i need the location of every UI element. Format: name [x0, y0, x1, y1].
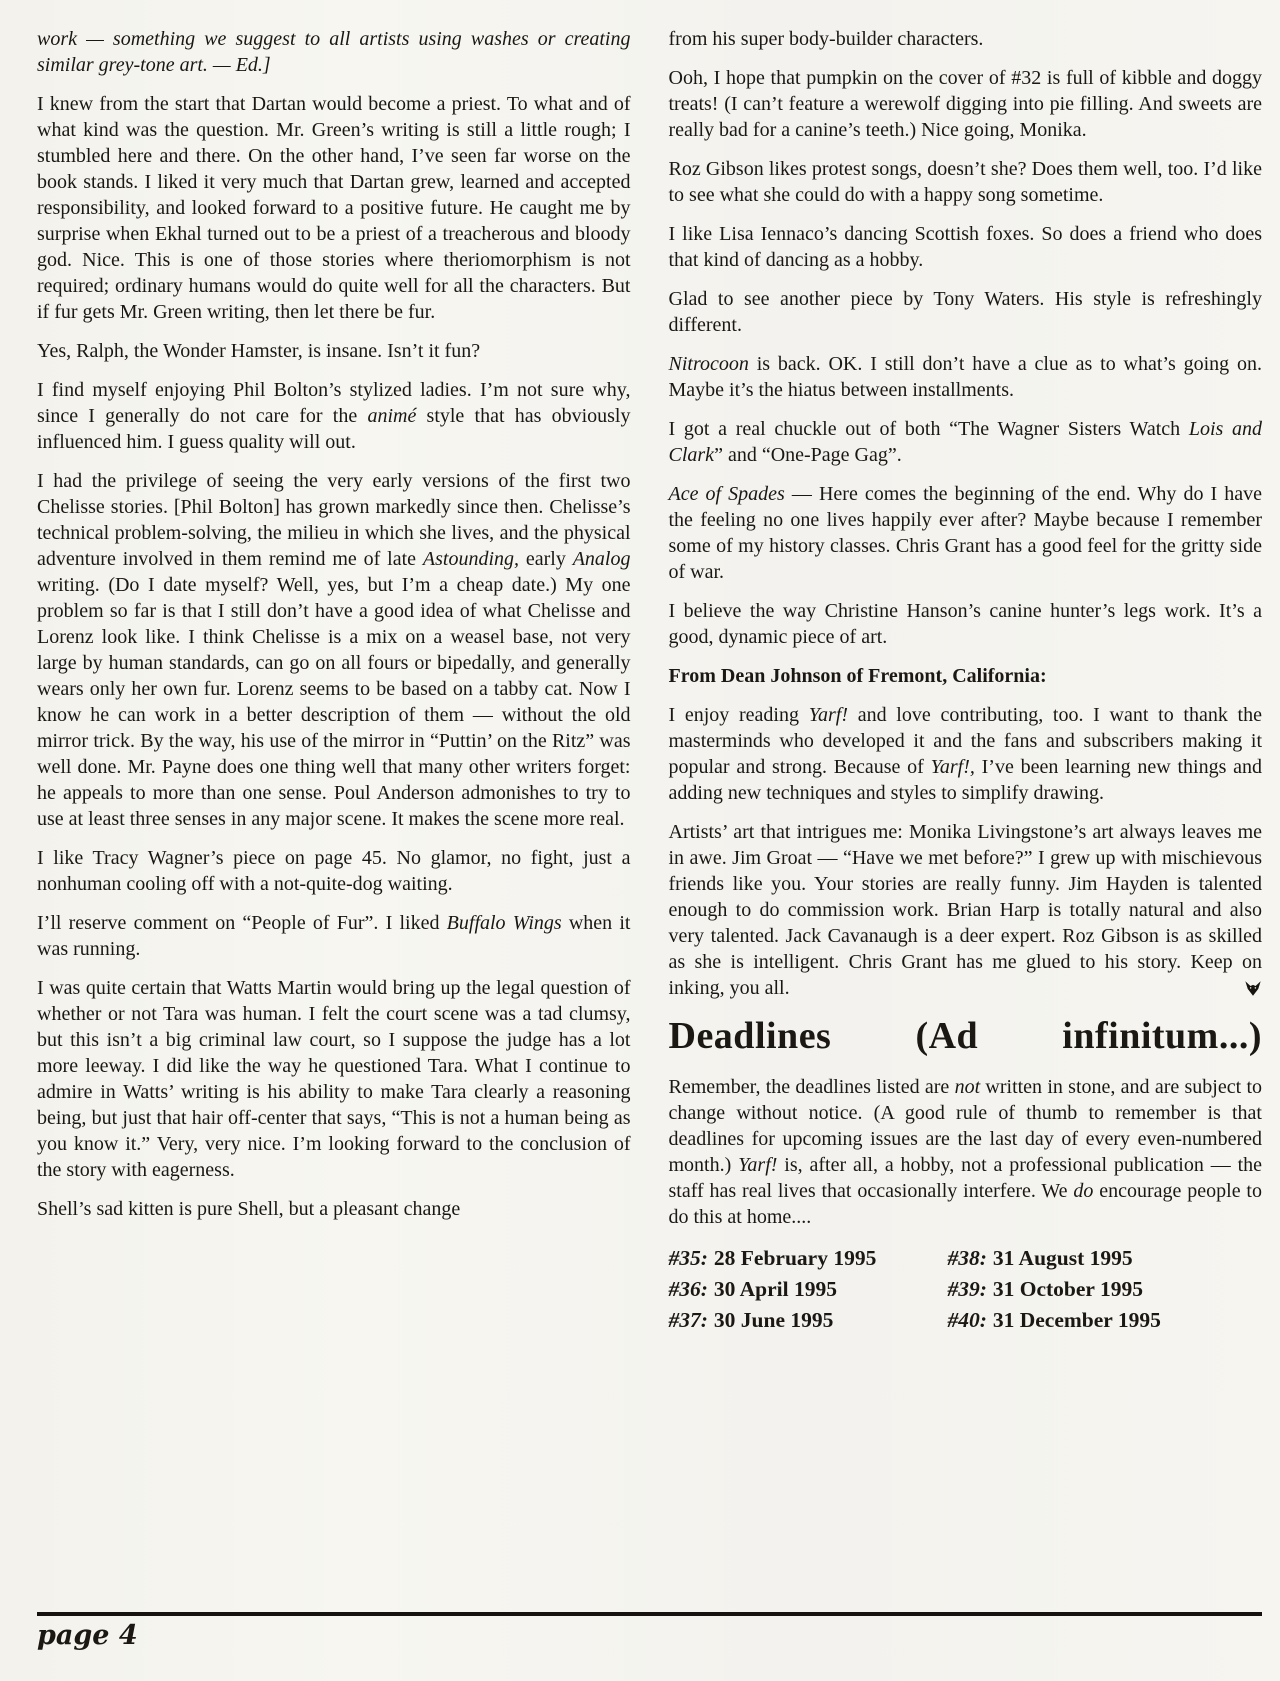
deadline-date: 30 June 1995	[714, 1308, 833, 1332]
text-run: Yes, Ralph, the Wonder Hamster, is insan…	[37, 340, 480, 362]
paragraph: Ooh, I hope that pumpkin on the cover of…	[669, 65, 1263, 143]
deadline-issue-number: #36:	[669, 1277, 714, 1301]
paragraph: I like Tracy Wagner’s piece on page 45. …	[37, 845, 631, 897]
deadline-item: #40:31 December 1995	[947, 1305, 1262, 1336]
deadline-item: #38:31 August 1995	[947, 1243, 1262, 1274]
text-run: I’ll reserve comment on “People of Fur”.…	[37, 912, 447, 934]
deadlines-section-title: Deadlines (Ad infinitum...)	[669, 1015, 1263, 1058]
paragraph: I like Lisa Iennaco’s dancing Scottish f…	[669, 221, 1263, 273]
fox-head-dingbat-icon	[1244, 980, 1262, 997]
deadlines-intro-paragraph: Remember, the deadlines listed are not w…	[669, 1074, 1263, 1230]
paragraph: I’ll reserve comment on “People of Fur”.…	[37, 910, 631, 962]
text-run: early	[519, 548, 573, 570]
text-run: I got a real chuckle out of both “The Wa…	[669, 418, 1189, 440]
deadline-issue-number: #40:	[947, 1308, 992, 1332]
paragraph: I got a real chuckle out of both “The Wa…	[669, 416, 1263, 468]
text-run: writing. (Do I date myself? Well, yes, b…	[37, 574, 631, 830]
paragraph: I believe the way Christine Hanson’s can…	[669, 598, 1263, 650]
paragraph: Roz Gibson likes protest songs, doesn’t …	[669, 156, 1263, 208]
paragraph: from his super body-builder characters.	[669, 26, 1263, 52]
deadline-issue-number: #39:	[947, 1277, 992, 1301]
text-run: Nitrocoon	[669, 353, 749, 375]
paragraph: Artists’ art that intrigues me: Monika L…	[669, 819, 1263, 1001]
paragraph: work — something we suggest to all artis…	[37, 26, 631, 78]
text-run: Glad to see another piece by Tony Waters…	[669, 288, 1263, 336]
paragraph: I knew from the start that Dartan would …	[37, 91, 631, 325]
deadline-item: #37:30 June 1995	[669, 1305, 948, 1336]
text-run: not	[955, 1076, 981, 1098]
paragraph: Shell’s sad kitten is pure Shell, but a …	[37, 1196, 631, 1222]
deadlines-list-column: #35:28 February 1995#36:30 April 1995#37…	[669, 1243, 948, 1336]
text-run: work — something we suggest to all artis…	[37, 28, 631, 76]
text-run: Remember, the deadlines listed are	[669, 1076, 955, 1098]
deadline-issue-number: #38:	[947, 1246, 992, 1270]
text-run: Yarf!	[738, 1154, 777, 1176]
text-run: Artists’ art that intrigues me: Monika L…	[669, 821, 1263, 999]
paragraph: I was quite certain that Watts Martin wo…	[37, 975, 631, 1183]
text-run: From Dean Johnson of Fremont, California…	[669, 665, 1047, 687]
text-run: Buffalo Wings	[447, 912, 562, 934]
scanned-fanzine-page: work — something we suggest to all artis…	[0, 0, 1280, 1681]
text-run: I like Tracy Wagner’s piece on page 45. …	[37, 847, 631, 895]
text-run: animé	[367, 405, 416, 427]
right-column: from his super body-builder characters.O…	[669, 26, 1263, 1336]
deadline-date: 30 April 1995	[714, 1277, 837, 1301]
letter-source-heading: From Dean Johnson of Fremont, California…	[669, 663, 1263, 689]
deadline-item: #36:30 April 1995	[669, 1274, 948, 1305]
deadline-date: 31 August 1995	[993, 1246, 1133, 1270]
page-footer: page 4	[37, 1612, 1262, 1651]
text-run: Yarf!	[809, 704, 848, 726]
text-run: I enjoy reading	[669, 704, 809, 726]
text-run: Shell’s sad kitten is pure Shell, but a …	[37, 1198, 460, 1220]
deadline-issue-number: #37:	[669, 1308, 714, 1332]
text-run: Ooh, I hope that pumpkin on the cover of…	[669, 67, 1263, 141]
text-run: is back. OK. I still don’t have a clue a…	[669, 353, 1263, 401]
footer-rule	[37, 1612, 1262, 1616]
paragraph: Ace of Spades — Here comes the beginning…	[669, 481, 1263, 585]
paragraph: I enjoy reading Yarf! and love contribut…	[669, 702, 1263, 806]
page-number: page 4	[37, 1620, 1262, 1651]
text-run: Astounding,	[423, 548, 519, 570]
paragraph: Glad to see another piece by Tony Waters…	[669, 286, 1263, 338]
deadline-date: 28 February 1995	[714, 1246, 876, 1270]
deadlines-list: #35:28 February 1995#36:30 April 1995#37…	[669, 1243, 1263, 1336]
paragraph: I had the privilege of seeing the very e…	[37, 468, 631, 832]
deadline-issue-number: #35:	[669, 1246, 714, 1270]
paragraph: I find myself enjoying Phil Bolton’s sty…	[37, 377, 631, 455]
text-run: Yarf!,	[931, 756, 975, 778]
text-run: I was quite certain that Watts Martin wo…	[37, 977, 631, 1181]
text-run: Analog	[573, 548, 631, 570]
text-run: I believe the way Christine Hanson’s can…	[669, 600, 1263, 648]
deadline-item: #39:31 October 1995	[947, 1274, 1262, 1305]
deadlines-list-column: #38:31 August 1995#39:31 October 1995#40…	[947, 1243, 1262, 1336]
text-run: I like Lisa Iennaco’s dancing Scottish f…	[669, 223, 1263, 271]
paragraph: Yes, Ralph, the Wonder Hamster, is insan…	[37, 338, 631, 364]
deadline-date: 31 December 1995	[993, 1308, 1161, 1332]
text-run: from his super body-builder characters.	[669, 28, 984, 50]
text-run: I knew from the start that Dartan would …	[37, 93, 631, 323]
two-column-letters-text: work — something we suggest to all artis…	[0, 0, 1280, 1336]
text-run: Roz Gibson likes protest songs, doesn’t …	[669, 158, 1263, 206]
left-column: work — something we suggest to all artis…	[37, 26, 631, 1336]
deadline-date: 31 October 1995	[993, 1277, 1143, 1301]
text-run: Ace of Spades	[669, 483, 785, 505]
deadline-item: #35:28 February 1995	[669, 1243, 948, 1274]
text-run: ” and “One-Page Gag”.	[714, 444, 902, 466]
paragraph: Nitrocoon is back. OK. I still don’t hav…	[669, 351, 1263, 403]
text-run: do	[1073, 1180, 1093, 1202]
